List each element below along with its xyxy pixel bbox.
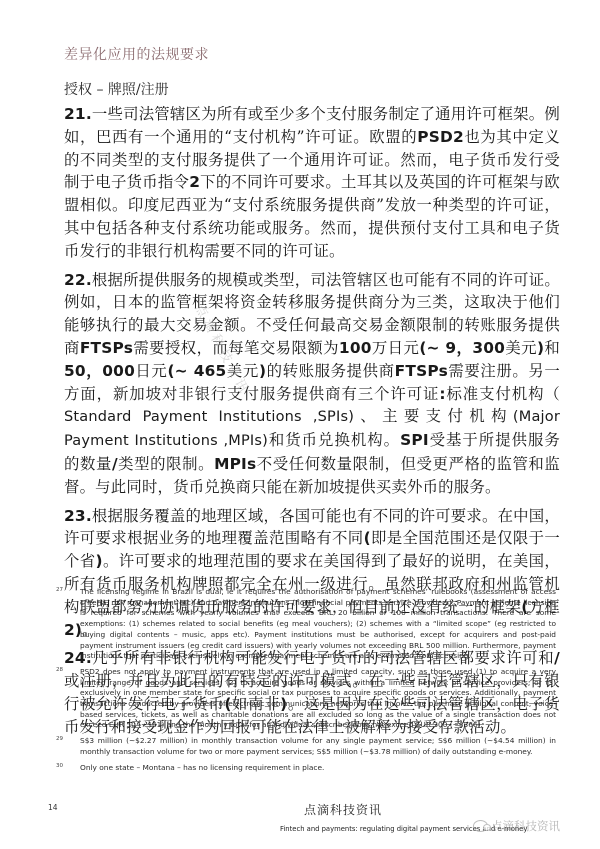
- footnote-28: 28PSD2 does not apply to payment instrum…: [56, 667, 556, 731]
- paragraph-content: 根据所提供服务的规模或类型，司法管辖区也可能有不同的许可证。例如，日本的监管框架…: [64, 271, 560, 496]
- footnotes: 27The licensing regime in Brazil is dual…: [56, 587, 556, 778]
- footnote-text: S$3 million (~$2.27 million) in monthly …: [80, 736, 556, 756]
- document-page: 差异化应用的法规要求 授权 – 牌照/注册 21.一些司法管辖区为所有或至少多个…: [0, 0, 600, 849]
- footnote-number: 30: [56, 761, 63, 772]
- footer-brand: 点滴科技资讯: [304, 801, 382, 818]
- footnote-number: 28: [56, 665, 63, 676]
- paragraph-number: 21.: [64, 105, 92, 123]
- footnote-30: 30Only one state – Montana – has no lice…: [56, 763, 556, 774]
- footnote-27: 27The licensing regime in Brazil is dual…: [56, 587, 556, 662]
- footnote-text: Only one state – Montana – has no licens…: [80, 763, 324, 772]
- footnote-text: The licensing regime in Brazil is dual, …: [80, 587, 556, 660]
- paragraph-21: 21.一些司法管辖区为所有或至少多个支付服务制定了通用许可框架。例如，巴西有一个…: [64, 103, 560, 263]
- sub-title: 授权 – 牌照/注册: [64, 79, 169, 99]
- corner-watermark: 点滴科技资讯: [473, 818, 560, 834]
- paragraph-22: 22.根据所提供服务的规模或类型，司法管辖区也可能有不同的许可证。例如，日本的监…: [64, 269, 560, 499]
- corner-watermark-text: 点滴科技资讯: [491, 818, 560, 834]
- paragraph-content: 一些司法管辖区为所有或至少多个支付服务制定了通用许可框架。例如，巴西有一个通用的…: [64, 105, 560, 260]
- footnote-number: 29: [56, 734, 63, 745]
- page-number: 14: [48, 803, 58, 812]
- footnote-text: PSD2 does not apply to payment instrumen…: [80, 667, 556, 730]
- paragraph-number: 23.: [64, 507, 92, 525]
- footnote-29: 29S$3 million (~$2.27 million) in monthl…: [56, 736, 556, 757]
- section-title: 差异化应用的法规要求: [64, 44, 209, 64]
- paragraph-number: 22.: [64, 271, 92, 289]
- footnote-number: 27: [56, 585, 63, 596]
- wechat-icon: [473, 820, 488, 832]
